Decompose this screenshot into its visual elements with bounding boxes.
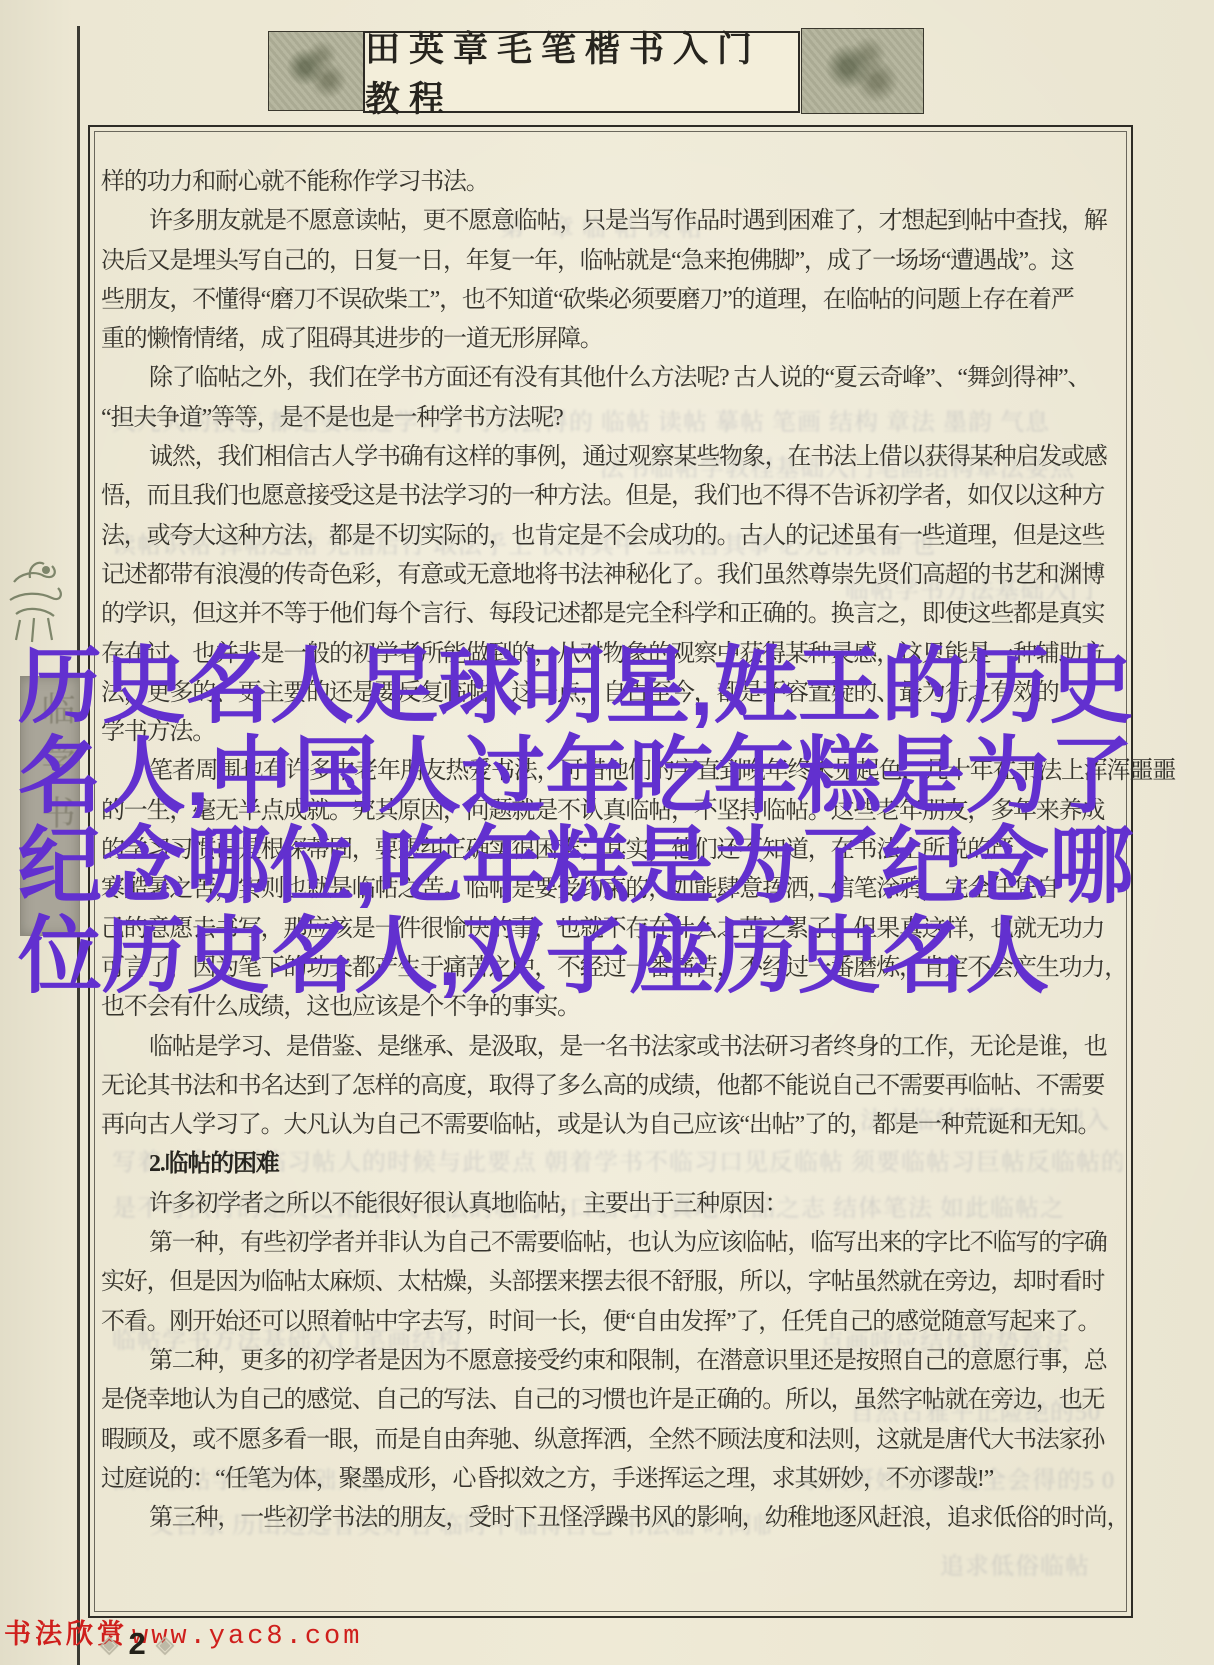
page-number-row: ◈ 2 ◈	[100, 1626, 174, 1662]
body-text-line: 记述都带有浪漫的传奇色彩，有意或无意地将书法神秘化了。我们虽然尊崇先贤们高超的书…	[101, 556, 1133, 595]
body-text-line: 样的功力和耐心就不能称作学习书法。	[101, 163, 1133, 202]
decorative-stamp-right	[801, 28, 924, 114]
diamond-ornament-right: ◈	[156, 1630, 174, 1659]
body-text-line: 不看。刚开始还可以照着帖中字去写，时间一长，便“自由发挥”了，任凭自己的感觉随意…	[101, 1303, 1133, 1342]
page-number: 2	[128, 1626, 145, 1662]
body-text-line: 除了临帖之外，我们在学书方面还有没有其他什么方法呢? 古人说的“夏云奇峰”、“舞…	[101, 359, 1133, 398]
body-text-line: 法，或夸大这种方法，都是不切实际的，也肯定是不会成功的。古人的记述虽有一些道理，…	[101, 517, 1133, 556]
body-text-line: 再向古人学习了。大凡认为自己不需要临帖，或是认为自己应该“出帖”了的，都是一种荒…	[101, 1106, 1133, 1145]
body-text-line: 决后又是埋头写自己的，日复一日，年复一年，临帖就是“急来抱佛脚”，成了一场场“遭…	[101, 242, 1133, 281]
overlay-spam-text: 历史名人足球明星,姓王的历史名人,中国人过年吃年糕是为了纪念哪位,吃年糕是为了纪…	[18, 641, 1214, 1001]
diamond-ornament-left: ◈	[100, 1630, 118, 1659]
overlay-text-line: 纪念哪位,吃年糕是为了纪念哪	[18, 821, 1214, 911]
scanned-book-page: { "colors": { "paper": "#efead6", "ink":…	[0, 0, 1214, 1665]
body-text-line: 过庭说的：“任笔为体，聚墨成形，心昏拟效之方，手迷挥运之理，求其妍妙，不亦谬哉!…	[101, 1460, 1133, 1499]
book-title-box: 田英章毛笔楷书入门教程	[363, 31, 800, 113]
watermark: 书法欣赏 www.yac8.com	[4, 1612, 362, 1652]
body-text-line: 许多初学者之所以不能很好很认真地临帖，主要出于三种原因：	[101, 1185, 1133, 1224]
body-text-line: 悟，而且我们也愿意接受这是书法学习的一种方法。但是，我们也不得不告诉初学者，如仅…	[101, 477, 1133, 516]
body-text-line: “担夫争道”等等，是不是也是一种学书方法呢?	[101, 399, 1133, 438]
body-text-line: 暇顾及，或不愿多看一眼，而是自由奔驰、纵意挥洒，全然不顾法度和法则，这就是唐代大…	[101, 1421, 1133, 1460]
body-text-line: 许多朋友就是不愿意读帖，更不愿意临帖，只是当写作品时遇到困难了，才想起到帖中查找…	[101, 202, 1133, 241]
decorative-stamp-left	[268, 31, 366, 111]
body-text-line: 第二种，更多的初学者是因为不愿意接受约束和限制，在潜意识里还是按照自己的意愿行事…	[101, 1342, 1133, 1381]
body-text-line: 诚然，我们相信古人学书确有这样的事例，通过观察某些物象，在书法上借以获得某种启发…	[101, 438, 1133, 477]
body-text-line: 第三种，一些初学书法的朋友，受时下丑怪浮躁书风的影响，幼稚地逐风赶浪，追求低俗的…	[101, 1499, 1133, 1538]
body-text-line: 实好，但是因为临帖太麻烦、太枯燥，头部摆来摆去很不舒服，所以，字帖虽然就在旁边，…	[101, 1263, 1133, 1302]
body-text-line: 的学识，但这并不等于他们每个言行、每段记述都是完全科学和正确的。换言之，即使这些…	[101, 595, 1133, 634]
body-text-line: 临帖是学习、是借鉴、是继承、是汲取，是一名书法家或书法研习者终身的工作，无论是谁…	[101, 1028, 1133, 1067]
body-text-line: 些朋友，不懂得“磨刀不误砍柴工”，也不知道“砍柴必须要磨刀”的道理，在临帖的问题…	[101, 281, 1133, 320]
body-text-line: 重的懒惰情绪，成了阻碍其进步的一道无形屏障。	[101, 320, 1133, 359]
body-text-line: 是侥幸地认为自己的感觉、自己的写法、自己的习惯也许是正确的。所以，虽然字帖就在旁…	[101, 1381, 1133, 1420]
body-text-line: 2.临帖的困难	[101, 1145, 1133, 1184]
body-text-line: 无论其书法和书名达到了怎样的高度，取得了多么高的成绩，他都不能说自己不需要再临帖…	[101, 1067, 1133, 1106]
book-title: 田英章毛笔楷书入门教程	[365, 22, 798, 122]
overlay-text-line: 位历史名人,双子座历史名人	[18, 911, 1214, 1001]
overlay-text-line: 历史名人足球明星,姓王的历史	[18, 641, 1214, 731]
overlay-text-line: 名人,中国人过年吃年糕是为了	[18, 731, 1214, 821]
body-text-line: 第一种，有些初学者并非认为自己不需要临帖，也认为应该临帖，临写出来的字比不临写的…	[101, 1224, 1133, 1263]
